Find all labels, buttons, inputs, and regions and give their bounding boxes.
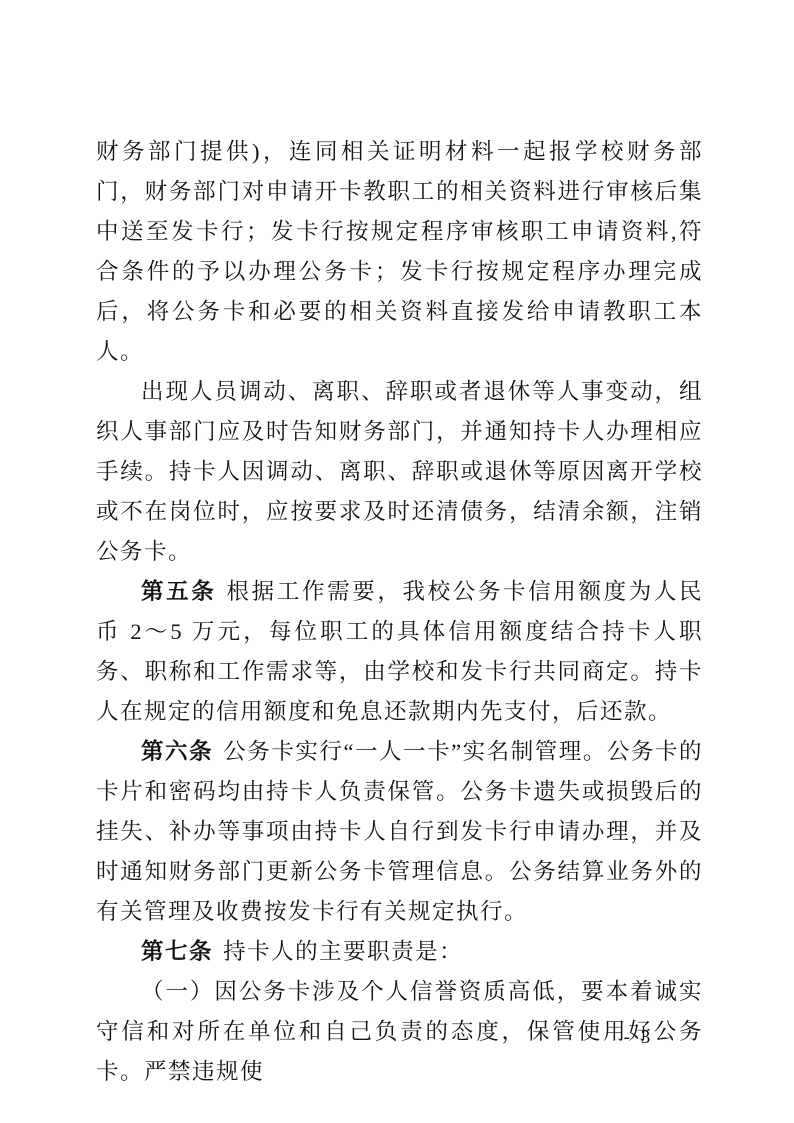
article-6-label: 第六条 bbox=[141, 739, 213, 764]
paragraph-continuation: 财务部门提供)，连同相关证明材料一起报学校财务部门，财务部门对申请开卡教职工的相… bbox=[96, 132, 703, 372]
paragraph-text: 财务部门提供)，连同相关证明材料一起报学校财务部门，财务部门对申请开卡教职工的相… bbox=[96, 139, 703, 364]
paragraph-article-7: 第七条持卡人的主要职责是： bbox=[96, 932, 703, 972]
page-number: - 3 - bbox=[612, 1026, 682, 1050]
document-body: 财务部门提供)，连同相关证明材料一起报学校财务部门，财务部门对申请开卡教职工的相… bbox=[96, 132, 703, 1092]
article-5-label: 第五条 bbox=[141, 579, 216, 604]
paragraph-text: 公务卡实行“一人一卡”实名制管理。公务卡的卡片和密码均由持卡人负责保管。公务卡遗… bbox=[96, 739, 703, 924]
document-page: 财务部门提供)，连同相关证明材料一起报学校财务部门，财务部门对申请开卡教职工的相… bbox=[0, 0, 794, 1123]
article-7-label: 第七条 bbox=[141, 939, 213, 964]
paragraph-text: 出现人员调动、离职、辞职或者退休等人事变动，组织人事部门应及时告知财务部门，并通… bbox=[96, 379, 703, 564]
paragraph-personnel-changes: 出现人员调动、离职、辞职或者退休等人事变动，组织人事部门应及时告知财务部门，并通… bbox=[96, 372, 703, 572]
paragraph-article-5: 第五条根据工作需要，我校公务卡信用额度为人民币 2～5 万元，每位职工的具体信用… bbox=[96, 572, 703, 732]
paragraph-article-6: 第六条公务卡实行“一人一卡”实名制管理。公务卡的卡片和密码均由持卡人负责保管。公… bbox=[96, 732, 703, 932]
paragraph-text: 持卡人的主要职责是： bbox=[223, 939, 463, 964]
